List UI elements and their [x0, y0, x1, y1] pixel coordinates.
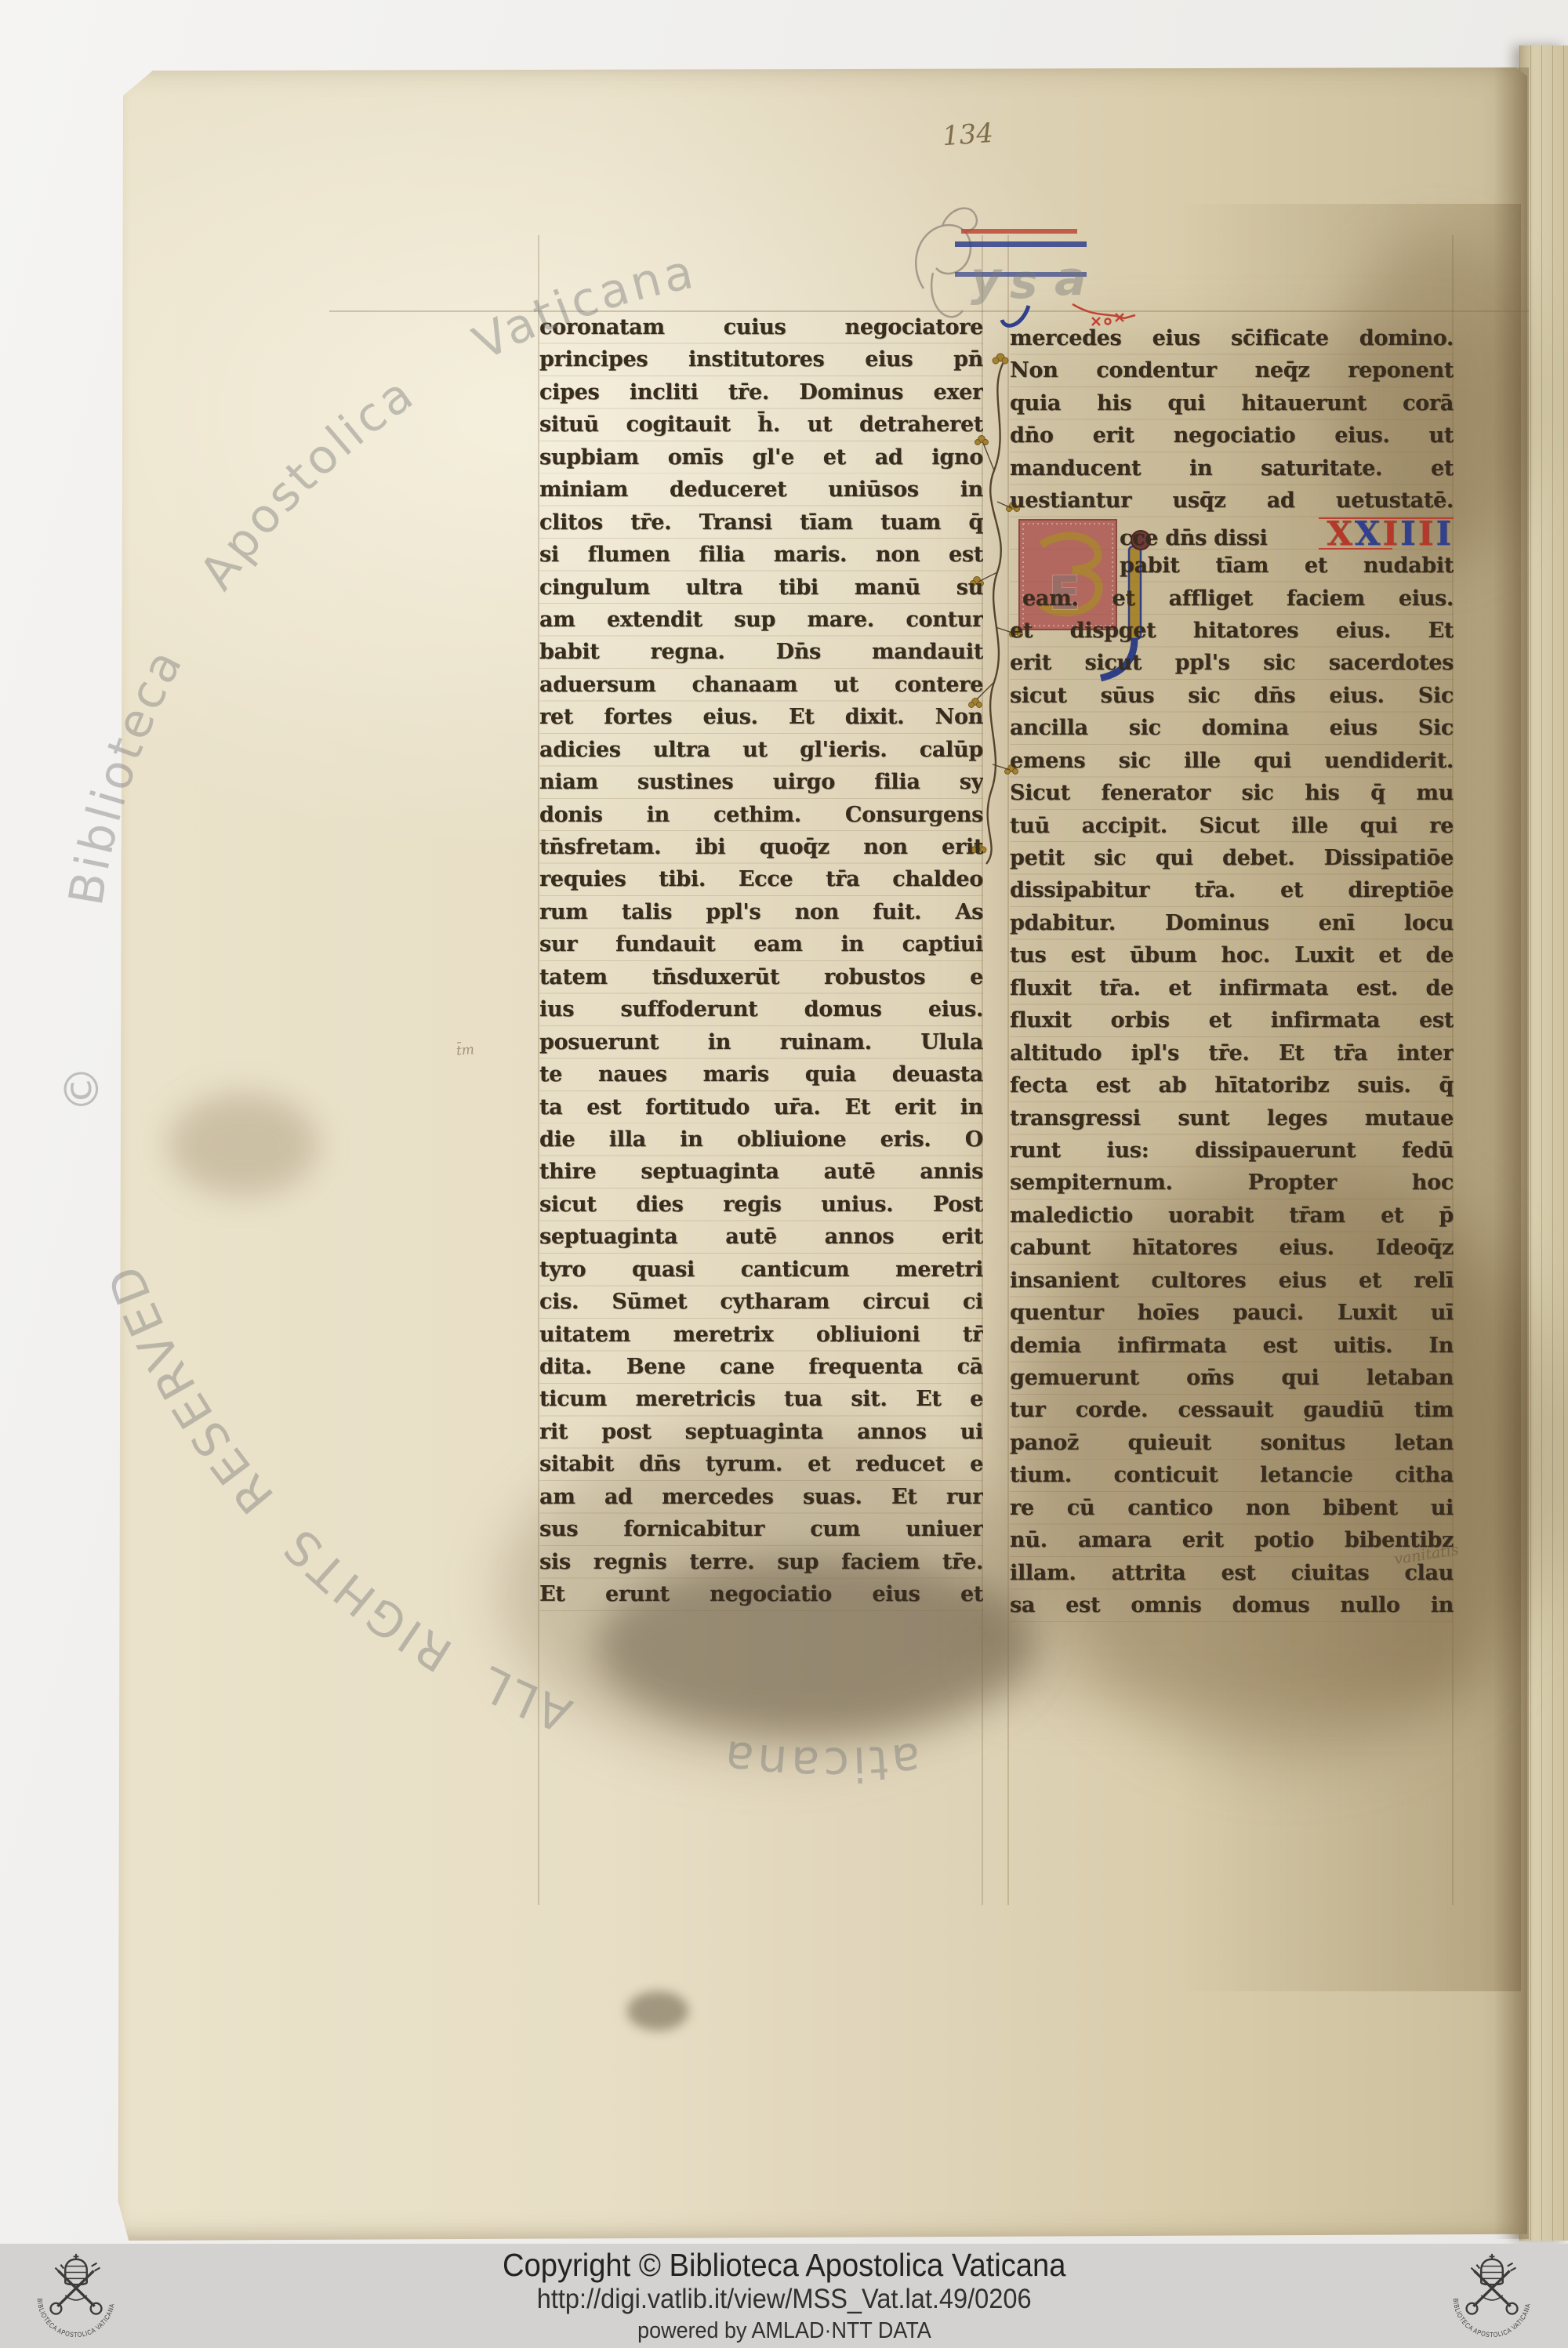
text-line: insanient cultores eius et relī	[1010, 1265, 1454, 1297]
text-line: principes institutores eius pn̄	[539, 343, 983, 376]
text-line: dissipabitur tr̄a. et direptiōe	[1010, 874, 1454, 906]
text-line: pabit tīam et nudabit	[1010, 550, 1454, 582]
text-line: sicut sūus sic dn̄s eius. Sic	[1010, 680, 1454, 712]
text-line: altitudo ipl's tr̄e. Et tr̄a inter	[1010, 1037, 1454, 1069]
text-line: posuerunt in ruinam. Ulula	[539, 1026, 983, 1058]
text-line: runt ius: dissipauerunt fedū	[1010, 1134, 1454, 1167]
text-line: babit regna. Dn̄s mandauit	[539, 636, 983, 668]
text-line: uestiantur usq̄z ad uetustatē.	[1010, 484, 1454, 517]
text-line: dita. Bene cane frequenta cā	[539, 1351, 983, 1383]
text-line: am extendit sup mare. contur	[539, 604, 983, 636]
text-line: gemuerunt om̄s qui letaban	[1010, 1362, 1454, 1394]
text-line: requies tibi. Ecce tr̄a chaldeo	[539, 863, 983, 895]
text-line: transgressi sunt leges mutaue	[1010, 1102, 1454, 1134]
text-line: quia his qui hitauerunt corā	[1010, 387, 1454, 419]
text-line: situū cogitauit h̄. ut detraheret	[539, 408, 983, 441]
chapter-opening-text: cce dn̄s dissi	[1120, 522, 1267, 550]
margin-note-left: t̄m	[456, 1042, 475, 1059]
text-line: miniam deduceret uniūsos in	[539, 474, 983, 506]
text-line: clitos tr̄e. Transi tīam tuam q̄	[539, 506, 983, 539]
text-line: mercedes eius sc̄ificate domino.	[1010, 322, 1454, 354]
text-line: fluxit tr̄a. et infirmata est. de	[1010, 972, 1454, 1004]
chapter-number: XXIIII	[1327, 517, 1454, 550]
text-line: et dispget hitatores eius. Et	[1010, 615, 1454, 647]
text-line: Sicut fenerator sic his q̄ mu	[1010, 777, 1454, 809]
text-line: adicies ultra ut gl'ieris. calūp	[539, 734, 983, 766]
text-line: dn̄o erit negociatio eius. ut	[1010, 419, 1454, 452]
source-url: http://digi.vatlib.it/view/MSS_Vat.lat.4…	[0, 2283, 1568, 2316]
text-line: cce dn̄s dissiXXIIII	[1010, 517, 1454, 550]
text-line: donis in cethim. Consurgens	[539, 799, 983, 831]
text-line: tur corde. cessauit gaudiū tim	[1010, 1394, 1454, 1426]
text-line: demia infirmata est uitis. In	[1010, 1330, 1454, 1362]
text-line: tatem tn̄sduxerūt robustos e	[539, 961, 983, 993]
text-line: tuū accipit. Sicut ille qui re	[1010, 810, 1454, 842]
logo-ring-text: BIBLIOTECA APOSTOLICA VATICANA	[1452, 2298, 1532, 2339]
text-line: te naues maris quia deuasta	[539, 1058, 983, 1091]
svg-text:BIBLIOTECA APOSTOLICA VATICANA: BIBLIOTECA APOSTOLICA VATICANA	[1452, 2298, 1532, 2339]
text-line: uitatem meretrix obliuioni tr̄	[539, 1319, 983, 1351]
text-line: petit sic qui debet. Dissipatiōe	[1010, 842, 1454, 874]
text-line: tium. conticuit letancie citha	[1010, 1459, 1454, 1491]
text-line: Non condentur neq̄z reponent	[1010, 354, 1454, 386]
text-line: coronatam cuius negociatore	[539, 311, 983, 343]
text-line: aduersum chanaam ut contere	[539, 669, 983, 701]
text-line: ancilla sic domina eius Sic	[1010, 712, 1454, 744]
text-line: rit post septuaginta annos ui	[539, 1416, 983, 1448]
text-line: cipes incliti tr̄e. Dominus exer	[539, 376, 983, 408]
text-line: emens sic ille qui uendiderit.	[1010, 745, 1454, 777]
vatican-library-logo-right: BIBLIOTECA APOSTOLICA VATICANA	[1446, 2247, 1538, 2344]
text-line: tyro quasi canticum meretri	[539, 1254, 983, 1286]
digitized-manuscript-viewer: { "page": { "folio_number": "134", "runn…	[0, 0, 1568, 2348]
text-line: cis. Sūmet cytharam circui ci	[539, 1286, 983, 1318]
text-line: manducent in saturitate. et	[1010, 452, 1454, 484]
left-column: coronatam cuius negociatoreprincipes ins…	[539, 311, 983, 1614]
text-line: panoz̄ quieuit sonitus letan	[1010, 1427, 1454, 1459]
text-line: supbiam omīs gl'e et ad igno	[539, 441, 983, 474]
text-line: erit sicut ppl's sic sacerdotes	[1010, 647, 1454, 679]
text-line: sur fundauit eam in captiui	[539, 928, 983, 960]
text-line: sa est omnis domus nullo in	[1010, 1589, 1454, 1621]
text-line: re cū cantico non bibent ui	[1010, 1492, 1454, 1524]
text-line: nū. amara erit potio bibentibz	[1010, 1524, 1454, 1556]
text-line: fluxit orbis et infirmata est	[1010, 1004, 1454, 1036]
copyright-line: Copyright © Biblioteca Apostolica Vatica…	[0, 2247, 1568, 2283]
text-line: niam sustines uirgo filia sy	[539, 766, 983, 798]
svg-text:BIBLIOTECA APOSTOLICA VATICANA: BIBLIOTECA APOSTOLICA VATICANA	[36, 2298, 116, 2339]
footer-text-block: Copyright © Biblioteca Apostolica Vatica…	[0, 2247, 1568, 2346]
text-line: sis regnis terre. sup faciem tr̄e.	[539, 1546, 983, 1578]
folio-number: 134	[942, 118, 995, 152]
text-line: ret fortes eius. Et dixit. Non	[539, 701, 983, 733]
text-line: cingulum ultra tibi manū su	[539, 572, 983, 604]
text-line: Et erunt negociatio eius et	[539, 1578, 983, 1610]
copyright-text: Copyright © Biblioteca Apostolica Vatica…	[503, 2247, 1065, 2283]
powered-by-text: powered by AMLAD·NTT DATA	[637, 2316, 931, 2346]
text-line: tus est ūbum hoc. Luxit et de	[1010, 939, 1454, 971]
text-line: sempiternum. Propter hoc	[1010, 1167, 1454, 1199]
text-line: ticum meretricis tua sit. Et e	[539, 1383, 983, 1415]
text-line: cabunt hītatores eius. Ideoq̄z	[1010, 1232, 1454, 1264]
crossed-keys-icon	[57, 2271, 94, 2306]
text-line: septuaginta autē annos erit	[539, 1221, 983, 1253]
url-text: http://digi.vatlib.it/view/MSS_Vat.lat.4…	[537, 2283, 1032, 2316]
text-line: die illa in obliuione eris. O	[539, 1123, 983, 1156]
text-line: maledictio uorabit tr̄am et p̄	[1010, 1199, 1454, 1232]
text-line: quentur hoīes pauci. Luxit uī	[1010, 1297, 1454, 1329]
vatican-library-logo-left: BIBLIOTECA APOSTOLICA VATICANA	[30, 2247, 122, 2344]
powered-by-line: powered by AMLAD·NTT DATA	[0, 2316, 1568, 2346]
text-line: illam. attrita est ciuitas clau	[1010, 1557, 1454, 1589]
text-line: rum talis ppl's non fuit. As	[539, 896, 983, 928]
text-line: eam. et affliget faciem eius.	[1010, 582, 1454, 615]
text-line: si flumen filia maris. non est	[539, 539, 983, 571]
text-line: tn̄sfretam. ibi quoq̄z non erit	[539, 831, 983, 863]
text-line: fecta est ab hītatoribz suis. q̄	[1010, 1069, 1454, 1101]
text-line: ius suffoderunt domus eius.	[539, 993, 983, 1025]
text-line: sus fornicabitur cum uniuer	[539, 1513, 983, 1545]
text-line: sicut dies regis unius. Post	[539, 1189, 983, 1221]
crossed-keys-icon	[1473, 2271, 1510, 2306]
text-line: thire septuaginta autē annis	[539, 1156, 983, 1188]
text-line: pdabitur. Dominus enī locu	[1010, 907, 1454, 939]
text-line: sitabit dn̄s tyrum. et reducet e	[539, 1448, 983, 1480]
right-column: mercedes eius sc̄ificate domino.Non cond…	[1010, 322, 1454, 1628]
footer-bar: Copyright © Biblioteca Apostolica Vatica…	[0, 2244, 1568, 2348]
logo-ring-text: BIBLIOTECA APOSTOLICA VATICANA	[36, 2298, 116, 2339]
text-line: ta est fortitudo ur̄a. Et erit in	[539, 1091, 983, 1123]
text-line: am ad mercedes suas. Et rur	[539, 1481, 983, 1513]
